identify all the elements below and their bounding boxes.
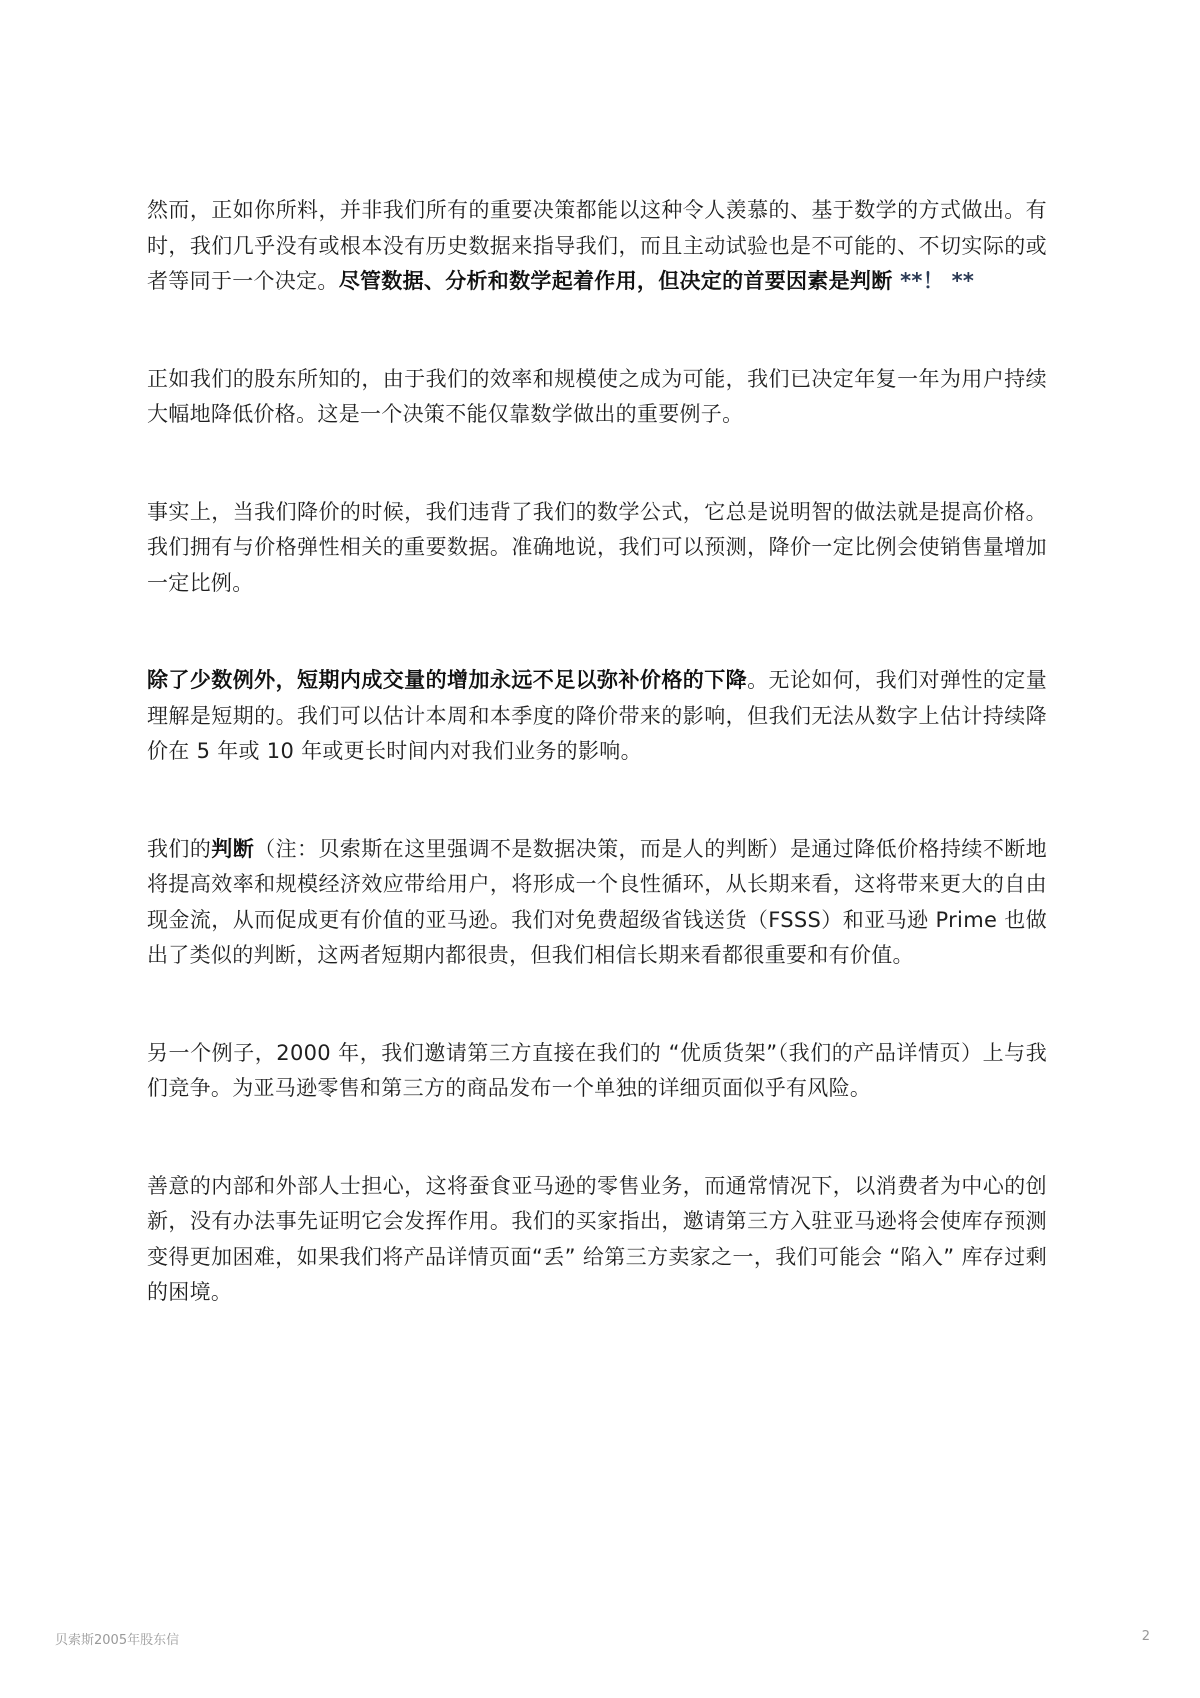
emphasis-text: 除了少数例外，短期内成交量的增加永远不足以弥补价格的下降 xyxy=(147,668,747,692)
paragraph-judgment-intro: 然而，正如你所料，并非我们所有的重要决策都能以这种令人羡慕的、基于数学的方式做出… xyxy=(147,193,1047,300)
paragraph-text: 我们的 xyxy=(147,837,211,861)
paragraph-math-formula: 事实上，当我们降价的时候，我们违背了我们的数学公式，它总是说明智的做法就是提高价… xyxy=(147,495,1047,602)
paragraph-concerns: 善意的内部和外部人士担心，这将蚕食亚马逊的零售业务，而通常情况下，以消费者为中心… xyxy=(147,1169,1047,1311)
paragraph-text: （注：贝索斯在这里强调不是数据决策，而是人的判断）是通过降低价格持续不断地将提高… xyxy=(147,837,1047,968)
paragraph-text: 另一个例子，2000 年，我们邀请第三方直接在我们的 “优质货架”（我们的产品详… xyxy=(147,1041,1047,1101)
paragraph-price-reduction: 正如我们的股东所知的，由于我们的效率和规模使之成为可能，我们已决定年复一年为用户… xyxy=(147,362,1047,433)
paragraph-our-judgment: 我们的判断（注：贝索斯在这里强调不是数据决策，而是人的判断）是通过降低价格持续不… xyxy=(147,832,1047,974)
document-body: 然而，正如你所料，并非我们所有的重要决策都能以这种令人羡慕的、基于数学的方式做出… xyxy=(147,193,1047,1373)
emphasis-text: 尽管数据、分析和数学起着作用，但决定的首要因素是判断 xyxy=(339,269,893,293)
paragraph-elasticity: 除了少数例外，短期内成交量的增加永远不足以弥补价格的下降。无论如何，我们对弹性的… xyxy=(147,663,1047,770)
footer-page-number: 2 xyxy=(1142,1629,1150,1644)
emphasis-text: 判断 xyxy=(211,837,254,861)
paragraph-third-party-example: 另一个例子，2000 年，我们邀请第三方直接在我们的 “优质货架”（我们的产品详… xyxy=(147,1036,1047,1107)
markdown-artifact: **！ ** xyxy=(893,269,975,293)
paragraph-text: 正如我们的股东所知的，由于我们的效率和规模使之成为可能，我们已决定年复一年为用户… xyxy=(147,367,1047,427)
paragraph-text: 事实上，当我们降价的时候，我们违背了我们的数学公式，它总是说明智的做法就是提高价… xyxy=(147,500,1047,595)
paragraph-text: 善意的内部和外部人士担心，这将蚕食亚马逊的零售业务，而通常情况下，以消费者为中心… xyxy=(147,1174,1047,1305)
footer-document-title: 贝索斯2005年股东信 xyxy=(55,1629,179,1648)
